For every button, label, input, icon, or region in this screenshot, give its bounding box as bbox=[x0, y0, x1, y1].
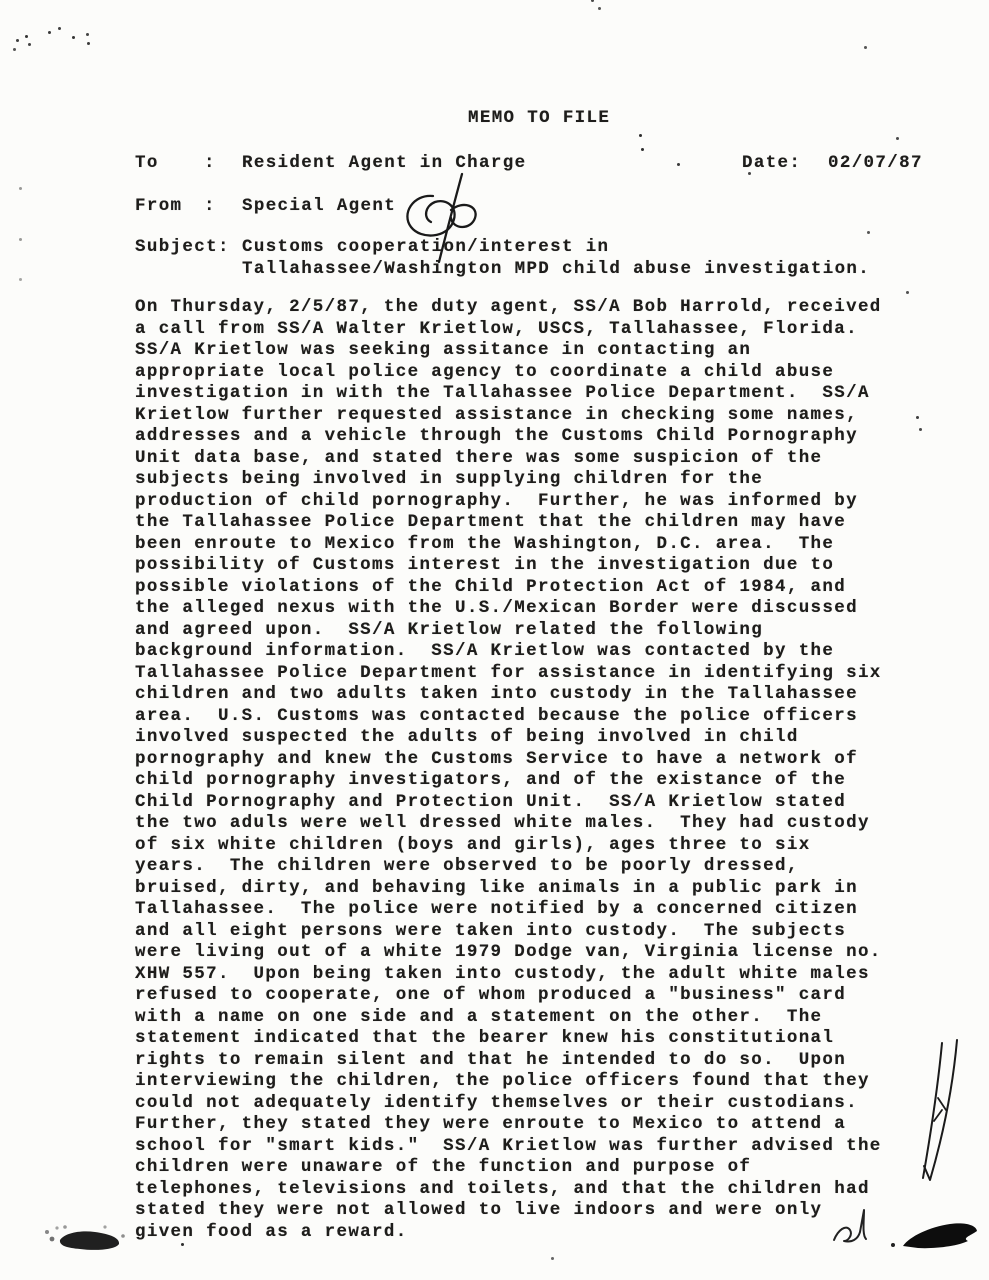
body-line: possible violations of the Child Protect… bbox=[135, 577, 882, 599]
body-line: could not adequately identify themselves… bbox=[135, 1093, 882, 1115]
ink-blob bbox=[903, 1223, 977, 1248]
subject-label: Subject: bbox=[135, 237, 230, 259]
body-line: Tallahassee. The police were notified by… bbox=[135, 899, 882, 921]
body-line: children were unaware of the function an… bbox=[135, 1157, 882, 1179]
from-value: Special Agent bbox=[242, 196, 396, 218]
body-line: area. U.S. Customs was contacted because… bbox=[135, 706, 882, 728]
date-value: 02/07/87 bbox=[828, 153, 923, 175]
body-line: SS/A Krietlow was seeking assitance in c… bbox=[135, 340, 882, 362]
body-line: school for "smart kids." SS/A Krietlow w… bbox=[135, 1136, 882, 1158]
to-label: To bbox=[135, 153, 159, 175]
body-line: interviewing the children, the police of… bbox=[135, 1071, 882, 1093]
margin-pen-strokes bbox=[820, 1020, 989, 1280]
body-line: been enroute to Mexico from the Washingt… bbox=[135, 534, 882, 556]
subject-line-2: Tallahassee/Washington MPD child abuse i… bbox=[242, 259, 870, 281]
to-separator: : bbox=[204, 153, 216, 175]
body-line: involved suspected the adults of being i… bbox=[135, 727, 882, 749]
body-line: of six white children (boys and girls), … bbox=[135, 835, 882, 857]
body-line: On Thursday, 2/5/87, the duty agent, SS/… bbox=[135, 297, 882, 319]
body-line: stated they were not allowed to live ind… bbox=[135, 1200, 882, 1222]
body-line: telephones, televisions and toilets, and… bbox=[135, 1179, 882, 1201]
body-line: with a name on one side and a statement … bbox=[135, 1007, 882, 1029]
body-line: and all eight persons were taken into cu… bbox=[135, 921, 882, 943]
body-line: subjects being involved in supplying chi… bbox=[135, 469, 882, 491]
memo-document: MEMO TO FILE To : Resident Agent in Char… bbox=[0, 0, 989, 1280]
from-separator: : bbox=[204, 196, 216, 218]
from-label: From bbox=[135, 196, 182, 218]
subject-line-1: Customs cooperation/interest in bbox=[242, 237, 609, 259]
body-line: a call from SS/A Walter Krietlow, USCS, … bbox=[135, 319, 882, 341]
body-line: Krietlow further requested assistance in… bbox=[135, 405, 882, 427]
body-line: Tallahassee Police Department for assist… bbox=[135, 663, 882, 685]
memo-title: MEMO TO FILE bbox=[468, 108, 610, 130]
memo-body: On Thursday, 2/5/87, the duty agent, SS/… bbox=[135, 297, 882, 1243]
body-line: and agreed upon. SS/A Krietlow related t… bbox=[135, 620, 882, 642]
body-line: child pornography investigators, and of … bbox=[135, 770, 882, 792]
body-line: the Tallahassee Police Department that t… bbox=[135, 512, 882, 534]
body-line: the two aduls were well dressed white ma… bbox=[135, 813, 882, 835]
body-line: children and two adults taken into custo… bbox=[135, 684, 882, 706]
body-line: possibility of Customs interest in the i… bbox=[135, 555, 882, 577]
body-line: statement indicated that the bearer knew… bbox=[135, 1028, 882, 1050]
body-line: XHW 557. Upon being taken into custody, … bbox=[135, 964, 882, 986]
body-line: investigation in with the Tallahassee Po… bbox=[135, 383, 882, 405]
body-line: addresses and a vehicle through the Cust… bbox=[135, 426, 882, 448]
ink-dot bbox=[891, 1243, 895, 1247]
body-line: given food as a reward. bbox=[135, 1222, 882, 1244]
body-line: refused to cooperate, one of whom produc… bbox=[135, 985, 882, 1007]
body-line: bruised, dirty, and behaving like animal… bbox=[135, 878, 882, 900]
body-line: years. The children were observed to be … bbox=[135, 856, 882, 878]
body-line: rights to remain silent and that he inte… bbox=[135, 1050, 882, 1072]
date-label: Date: bbox=[742, 153, 801, 175]
body-line: the alleged nexus with the U.S./Mexican … bbox=[135, 598, 882, 620]
body-line: appropriate local police agency to coord… bbox=[135, 362, 882, 384]
body-line: pornography and knew the Customs Service… bbox=[135, 749, 882, 771]
body-line: Child Pornography and Protection Unit. S… bbox=[135, 792, 882, 814]
body-line: Further, they stated they were enroute t… bbox=[135, 1114, 882, 1136]
handwritten-initials bbox=[834, 1210, 866, 1242]
body-line: were living out of a white 1979 Dodge va… bbox=[135, 942, 882, 964]
body-line: production of child pornography. Further… bbox=[135, 491, 882, 513]
body-line: background information. SS/A Krietlow wa… bbox=[135, 641, 882, 663]
bottom-left-smudge bbox=[35, 1218, 150, 1263]
body-line: Unit data base, and stated there was som… bbox=[135, 448, 882, 470]
